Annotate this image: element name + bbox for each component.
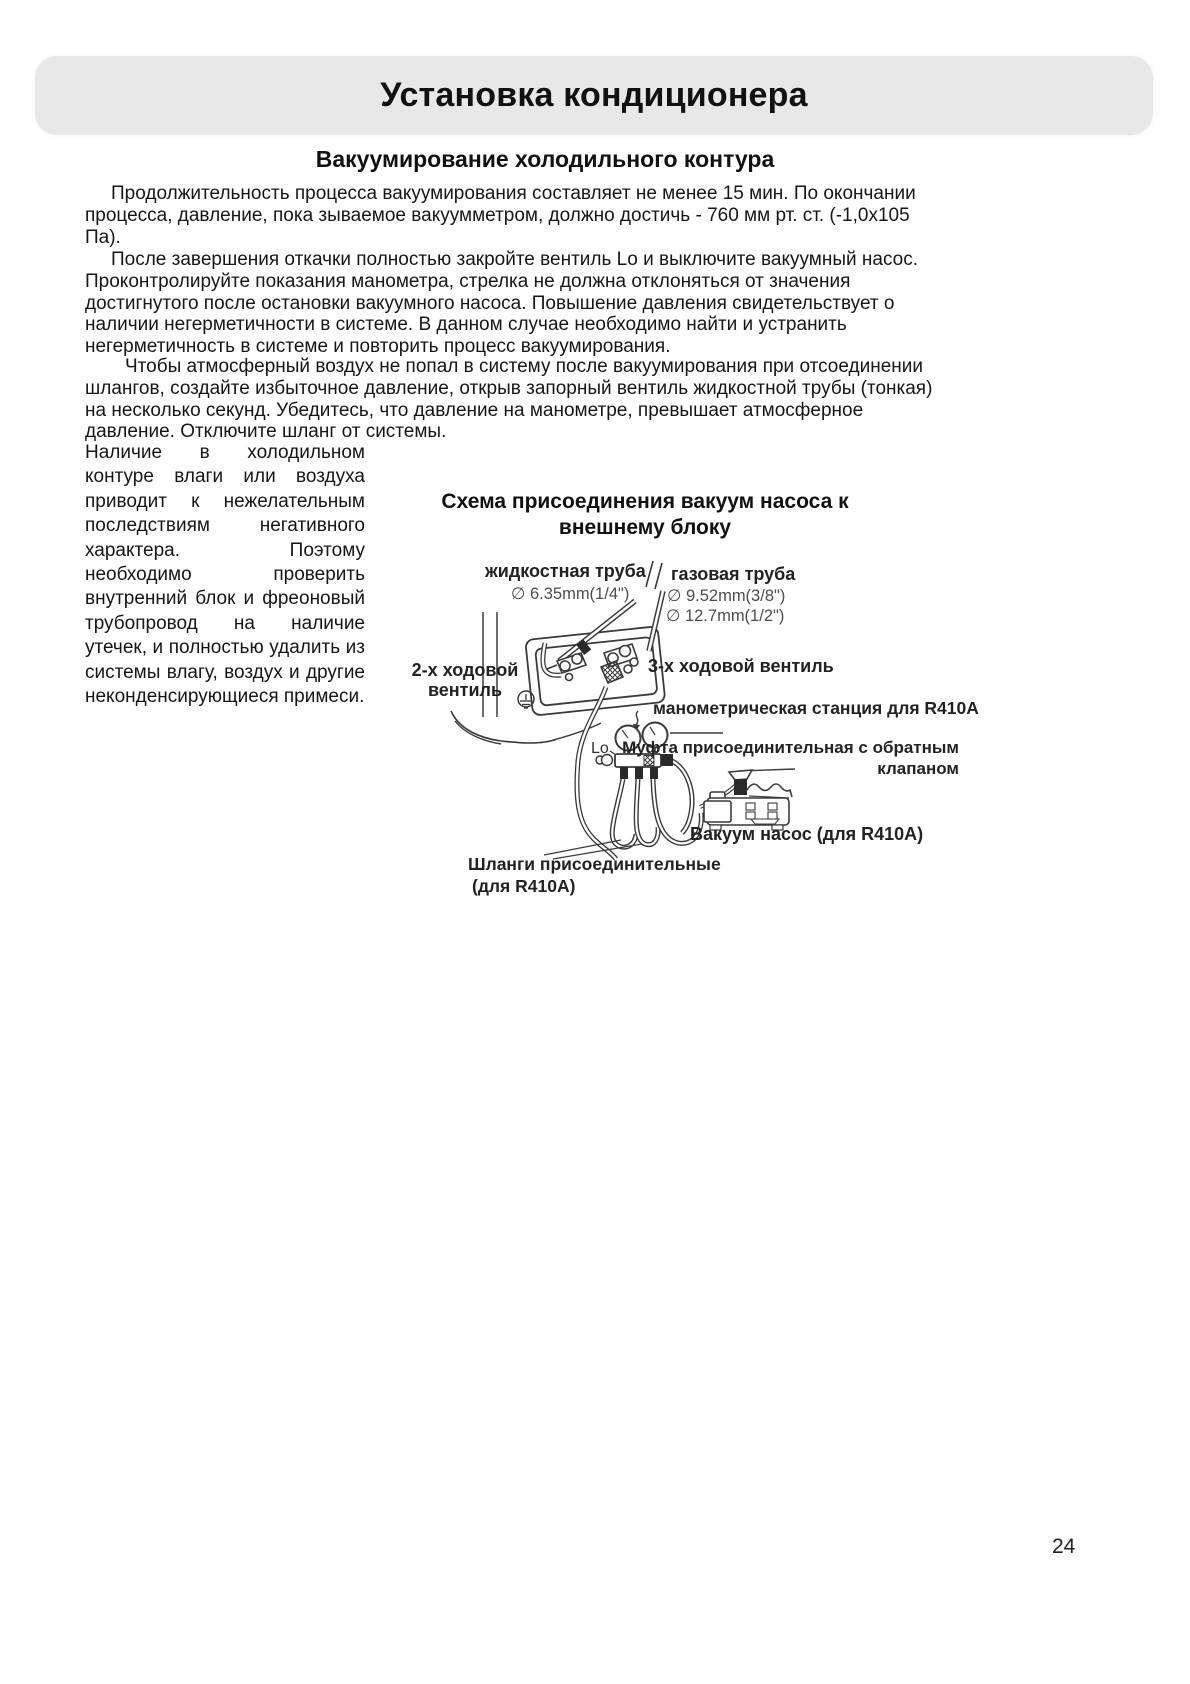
section-title: Вакуумирование холодильного контура bbox=[85, 146, 1005, 173]
page-title: Установка кондиционера bbox=[380, 76, 808, 115]
paragraph-2: После завершения откачки полностью закро… bbox=[85, 249, 945, 358]
diagram-title: Схема присоединения вакуум насоса к внеш… bbox=[425, 489, 865, 541]
label-gas-diameter-1: ∅ 9.52mm(3/8") bbox=[667, 586, 785, 606]
paragraph-3: Чтобы атмосферный воздух не попал в сист… bbox=[85, 356, 945, 443]
label-2-way-valve: 2-х ходовой вентиль bbox=[409, 660, 521, 700]
diagram-title-line2: внешнему блоку bbox=[559, 516, 731, 539]
label-manifold-station: манометрическая станция для R410A bbox=[653, 698, 979, 719]
label-gas-pipe: газовая труба bbox=[671, 564, 795, 585]
label-lo-valve: Lo bbox=[591, 740, 609, 758]
page-number: 24 bbox=[1052, 1535, 1075, 1559]
label-connection-hoses: Шланги присоединительные (для R410A) bbox=[468, 853, 721, 897]
side-column-text: Наличие в холодильном контуре влаги или … bbox=[85, 441, 365, 709]
diagram-title-line1: Схема присоединения вакуум насоса к bbox=[441, 490, 848, 513]
label-3-way-valve: 3-х ходовой вентиль bbox=[648, 656, 834, 677]
vacuum-pump-connection-diagram: жидкостная труба ∅ 6.35mm(1/4") газовая … bbox=[395, 555, 975, 947]
label-gas-diameter-2: ∅ 12.7mm(1/2") bbox=[666, 606, 784, 626]
header-banner: Установка кондиционера bbox=[35, 56, 1153, 135]
manual-page: Установка кондиционера Вакуумирование хо… bbox=[0, 0, 1190, 1684]
label-liquid-diameter: ∅ 6.35mm(1/4") bbox=[511, 584, 629, 604]
label-check-valve-coupling: Муфта присоединительная с обратным клапа… bbox=[622, 737, 959, 779]
paragraph-1: Продолжительность процесса вакуумировани… bbox=[85, 183, 945, 248]
label-liquid-pipe: жидкостная труба bbox=[485, 561, 646, 582]
label-vacuum-pump: Вакуум насос (для R410A) bbox=[690, 824, 923, 845]
